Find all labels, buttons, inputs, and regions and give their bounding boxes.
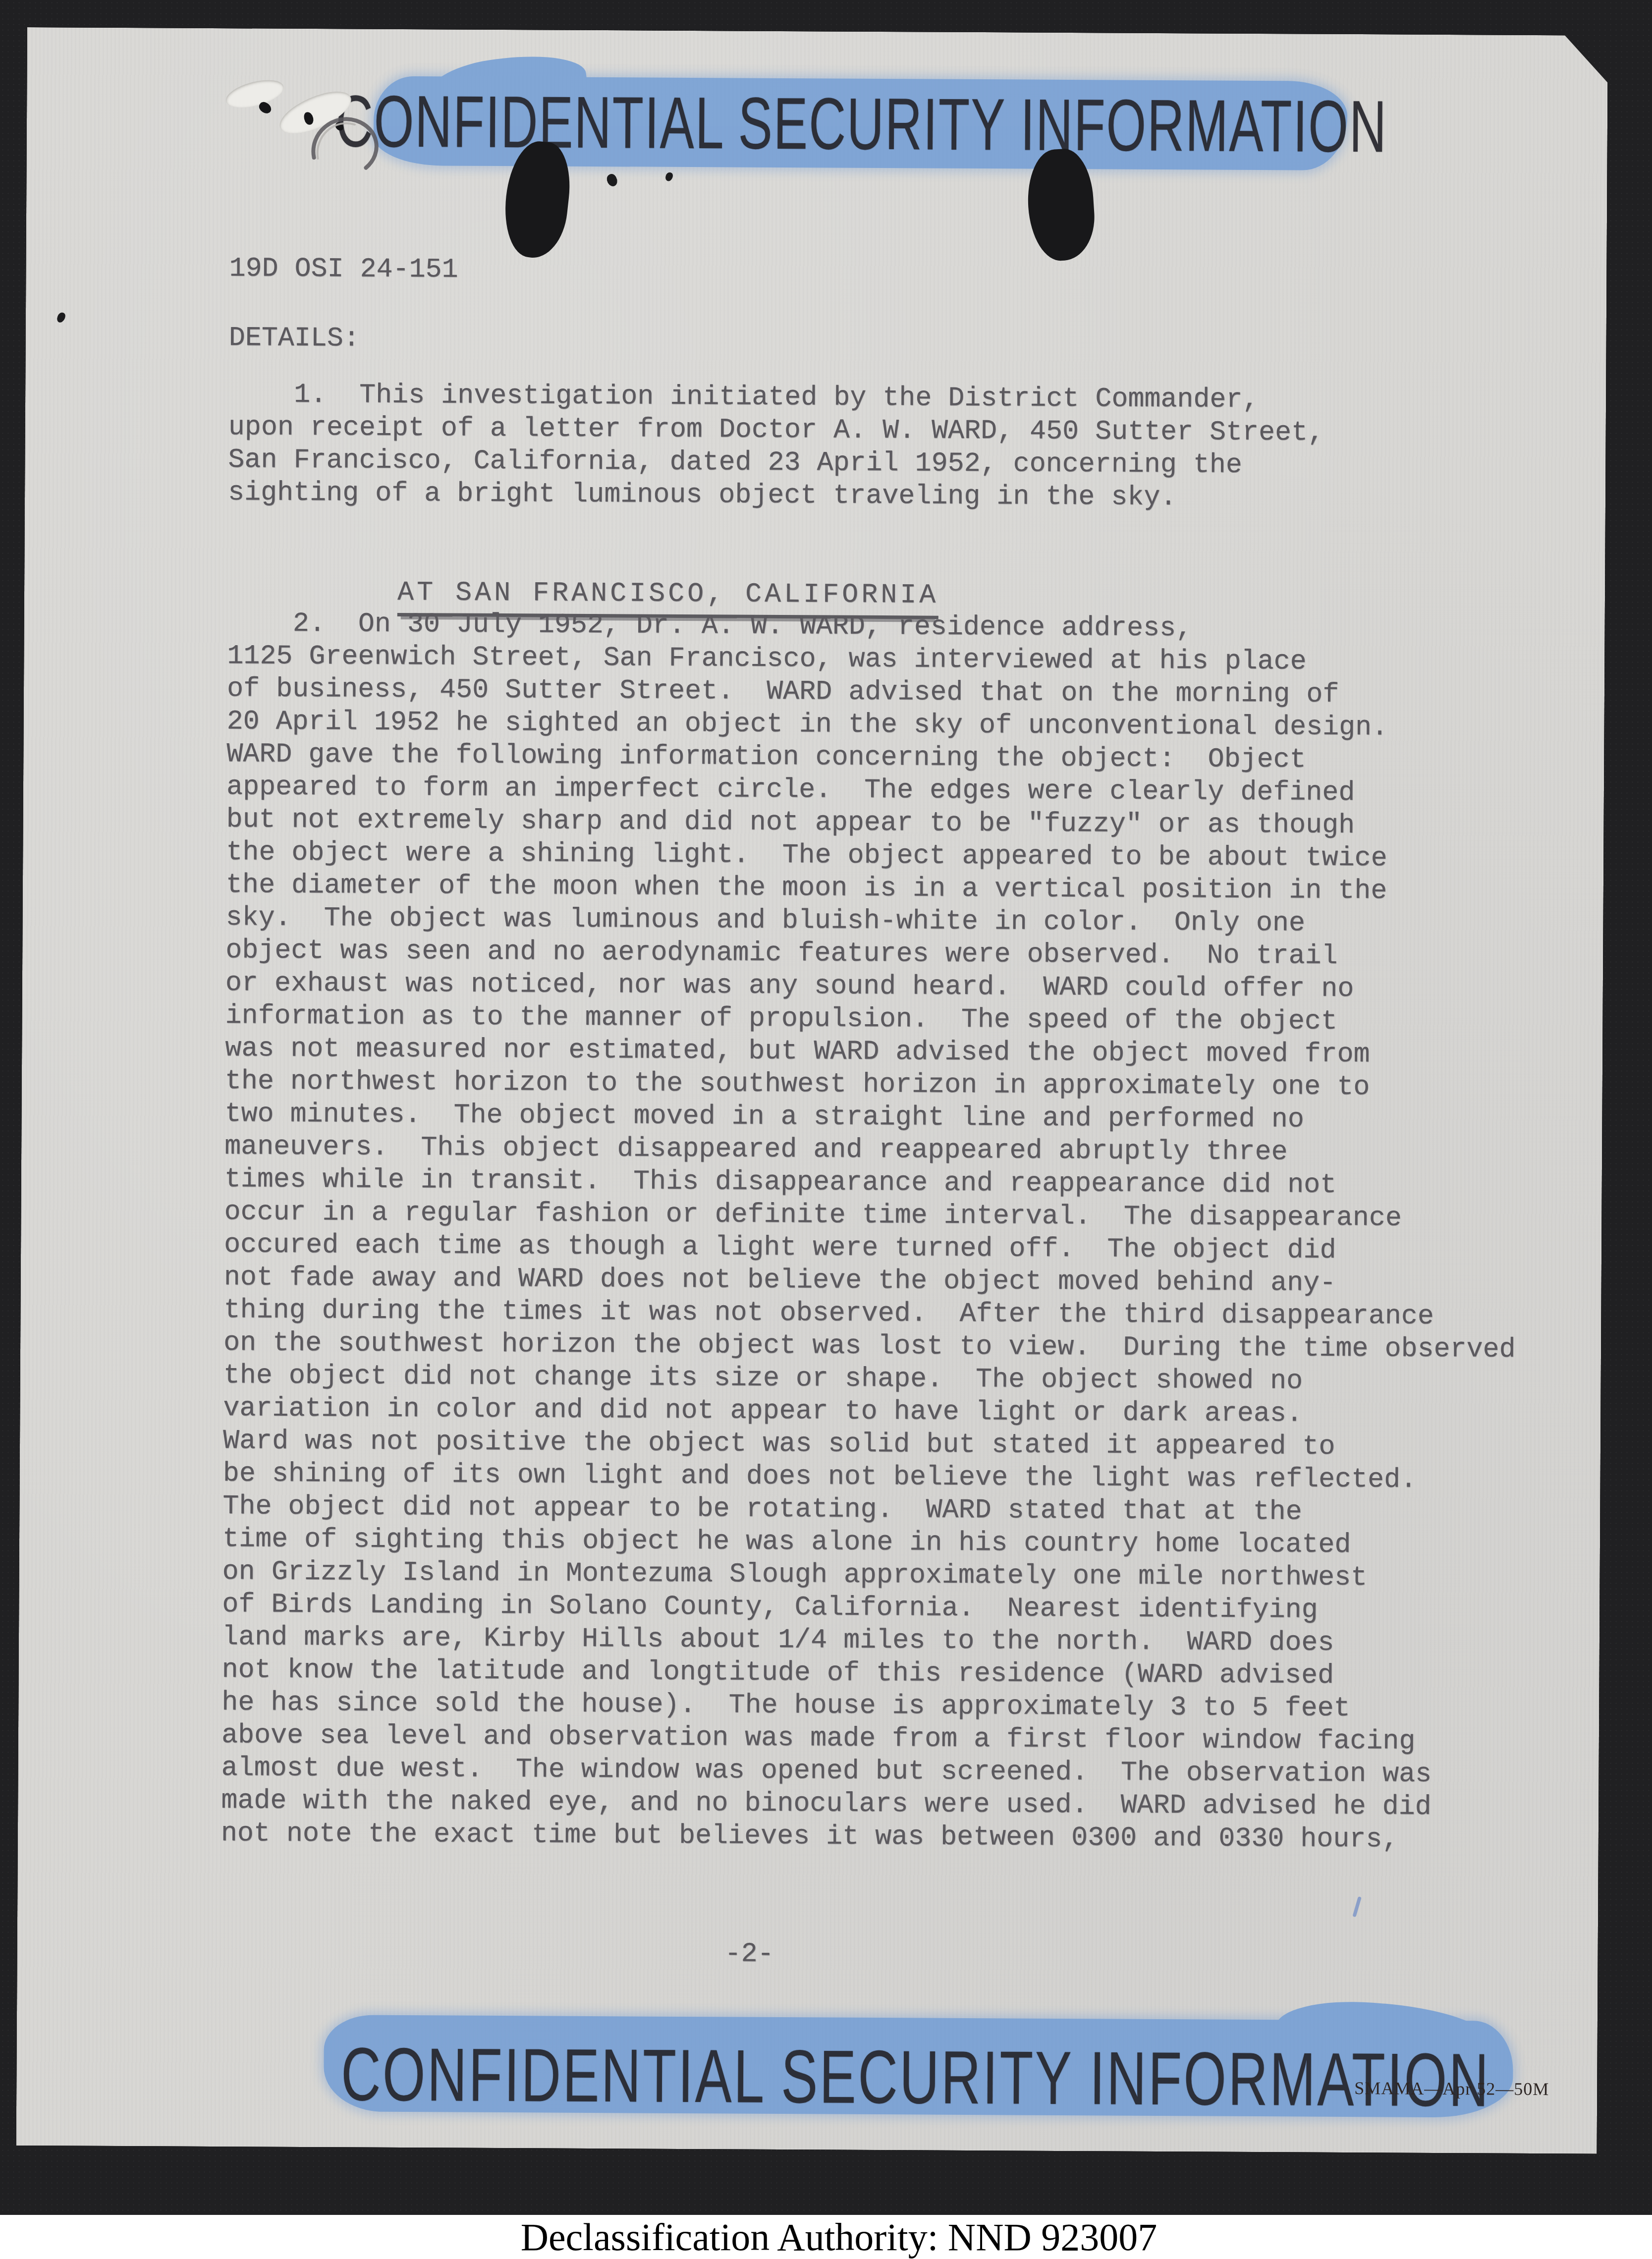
highlighter-swath-bottom	[324, 2015, 1513, 2118]
scan-background: CONFIDENTIAL SECURITY INFORMATION 19D OS…	[0, 0, 1652, 2259]
blue-pen-mark	[1352, 1896, 1362, 1917]
document-number: 19D OSI 24-151	[229, 252, 458, 286]
ink-speck-mark	[605, 172, 620, 188]
scan-page: CONFIDENTIAL SECURITY INFORMATION 19D OS…	[16, 27, 1608, 2154]
paragraph-2: 2. On 30 July 1952, Dr. A. W. WARD, resi…	[221, 607, 1565, 1857]
declassification-strip: Declassification Authority: NND 923007	[0, 2215, 1652, 2259]
ink-speck-mark	[664, 171, 673, 182]
ink-speck-mark	[56, 311, 66, 324]
paper-tear-mark	[223, 75, 286, 113]
printers-code: SMAMA—Apr 52—50M	[1354, 2078, 1549, 2099]
paragraph-1: 1. This investigation initiated by the D…	[228, 378, 1566, 516]
staple-wire-mark	[304, 103, 393, 185]
declassification-authority-text: Declassification Authority: NND 923007	[521, 2215, 1157, 2259]
page-number: -2-	[724, 1937, 773, 1971]
details-label: DETAILS:	[229, 322, 360, 355]
